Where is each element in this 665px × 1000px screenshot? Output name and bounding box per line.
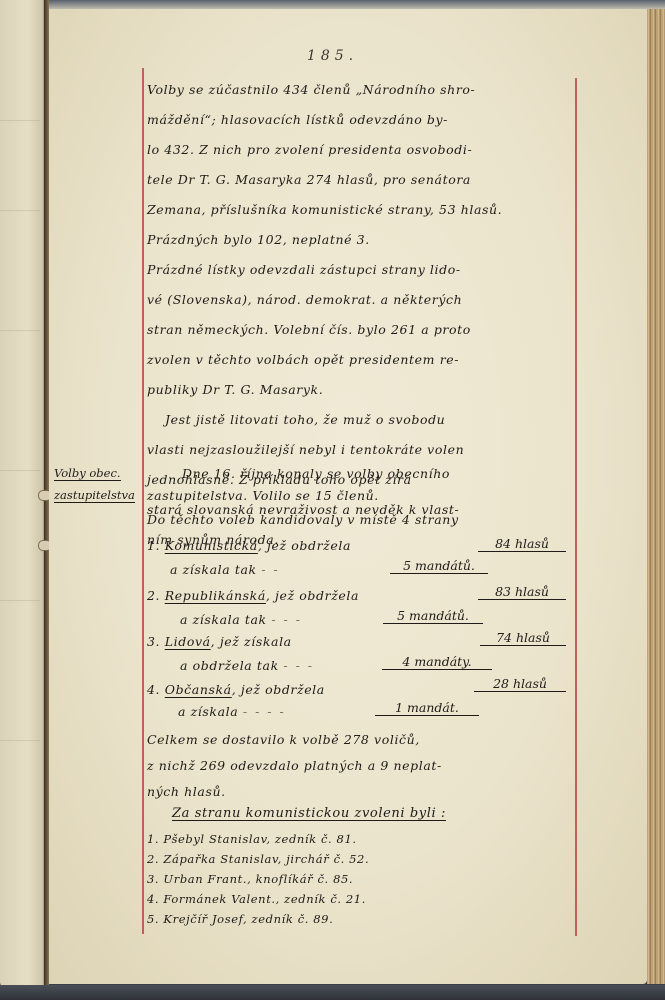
- elected-member: 4. Formánek Valent., zedník č. 21.: [147, 892, 366, 906]
- party-verb: , jež obdržela: [258, 538, 351, 553]
- ledger-scan: 185. Volby se zúčastnilo 434 členů „Náro…: [0, 0, 665, 1000]
- party-entry: 3. Lidová, jež získala: [147, 634, 292, 649]
- page-number: 185.: [0, 48, 665, 64]
- party-entry: 1. Komunistická, jež obdržela: [147, 538, 351, 553]
- elected-heading: Za stranu komunistickou zvoleni byli :: [172, 806, 446, 821]
- party-votes: 74 hlasů: [480, 630, 566, 646]
- text-line: Prázdné lístky odevzdali zástupci strany…: [147, 262, 461, 277]
- party-name: Lidová: [165, 634, 211, 649]
- page-stack-edge: [647, 9, 665, 984]
- elected-member: 3. Urban Frant., knoflíkář č. 85.: [147, 872, 353, 886]
- text-line: zvolen v těchto volbách opět presidentem…: [147, 352, 459, 367]
- text-line: zastupitelstva. Volilo se 15 členů.: [147, 488, 379, 503]
- right-margin-line: [575, 78, 577, 936]
- text-line: stran německých. Volební čís. bylo 261 a…: [147, 322, 471, 337]
- party-entry: 2. Republikánská, jež obdržela: [147, 588, 359, 603]
- party-seats-label: a obdržela tak - - -: [180, 658, 314, 673]
- party-number: 1.: [147, 538, 160, 553]
- party-number: 2.: [147, 588, 160, 603]
- party-votes: 83 hlasů: [478, 584, 566, 600]
- party-seats: 5 mandátů.: [383, 608, 483, 624]
- party-entry: 4. Občanská, jež obdržela: [147, 682, 325, 697]
- elected-member: 2. Zápařka Stanislav, jirchář č. 52.: [147, 852, 369, 866]
- text-line: Prázdných bylo 102, neplatné 3.: [147, 232, 370, 247]
- bottom-shadow: [0, 985, 665, 1000]
- party-verb: , jež obdržela: [266, 588, 359, 603]
- margin-note: Volby obec.: [54, 466, 121, 481]
- party-number: 3.: [147, 634, 160, 649]
- text-line: z nichž 269 odevzdalo platných a 9 nepla…: [147, 758, 442, 773]
- party-name: Občanská: [165, 682, 232, 697]
- party-seats: 4 mandáty.: [382, 654, 492, 670]
- party-verb: , jež získala: [211, 634, 292, 649]
- text-line: vé (Slovenska), národ. demokrat. a někte…: [147, 292, 462, 307]
- text-line: máždění“; hlasovacích lístků odevzdáno b…: [147, 112, 448, 127]
- text-line: tele Dr T. G. Masaryka 274 hlasů, pro se…: [147, 172, 471, 187]
- margin-note: zastupitelstva: [54, 488, 135, 503]
- party-seats-label: a získala tak - -: [170, 562, 280, 577]
- text-line: Do těchto voleb kandidovaly v místě 4 st…: [147, 512, 459, 527]
- party-seats-label: a získala tak - - -: [180, 612, 302, 627]
- party-verb: , jež obdržela: [232, 682, 325, 697]
- party-seats: 1 mandát.: [375, 700, 479, 716]
- party-votes: 28 hlasů: [474, 676, 566, 692]
- text-line: Dne 16. října konaly se volby obecního: [182, 466, 450, 481]
- text-line: publiky Dr T. G. Masaryk.: [147, 382, 323, 397]
- party-seats: 5 mandátů.: [390, 558, 488, 574]
- party-name: Komunistická: [165, 538, 258, 553]
- text-line: Zemana, příslušníka komunistické strany,…: [147, 202, 502, 217]
- text-line: vlasti nejzasloužilejší nebyl i tentokrá…: [147, 442, 464, 457]
- text-line: Jest jistě litovati toho, že muž o svobo…: [165, 412, 445, 427]
- text-line: Celkem se dostavilo k volbě 278 voličů,: [147, 732, 420, 747]
- text-line: ných hlasů.: [147, 784, 226, 799]
- party-name: Republikánská: [165, 588, 266, 603]
- elected-member: 5. Krejčíř Josef, zedník č. 89.: [147, 912, 333, 926]
- party-number: 4.: [147, 682, 160, 697]
- left-margin-line: [142, 68, 144, 934]
- party-seats-label: a získala - - - -: [178, 704, 286, 719]
- elected-member: 1. Pšebyl Stanislav, zedník č. 81.: [147, 832, 357, 846]
- text-line: Volby se zúčastnilo 434 členů „Národního…: [147, 82, 475, 97]
- text-line: lo 432. Z nich pro zvolení presidenta os…: [147, 142, 472, 157]
- party-votes: 84 hlasů: [478, 536, 566, 552]
